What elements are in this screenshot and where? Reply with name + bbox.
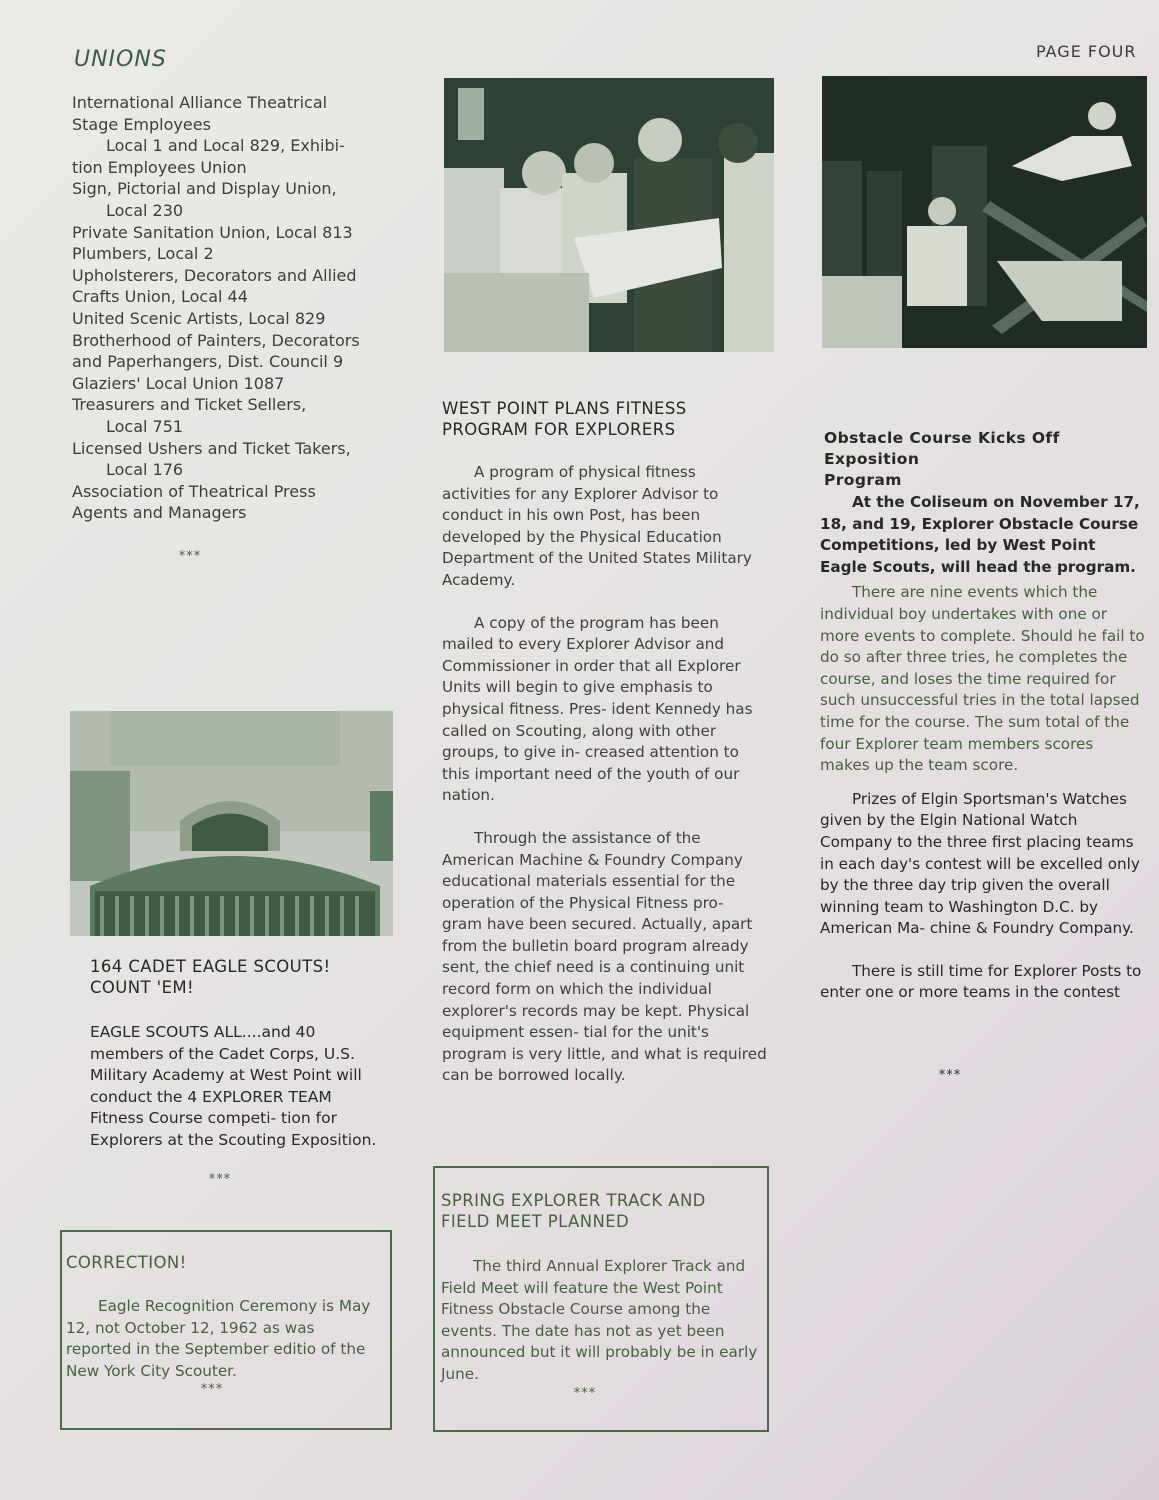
unions-section-title: UNIONS xyxy=(74,47,167,72)
union-item: and Paperhangers, Dist. Council 9 xyxy=(72,351,412,373)
union-item: Agents and Managers xyxy=(72,502,412,524)
union-item: Licensed Ushers and Ticket Takers, xyxy=(72,438,412,460)
obstacle-course-photo xyxy=(822,76,1147,348)
obstacle-vault-illustration xyxy=(822,76,1147,348)
west-point-headline-line2: PROGRAM FOR EXPLORERS xyxy=(442,419,772,440)
obstacle-headline-line1: Obstacle Course Kicks Off Exposition xyxy=(824,428,1154,470)
union-item: United Scenic Artists, Local 829 xyxy=(72,308,412,330)
correction-title: CORRECTION! xyxy=(66,1252,187,1273)
obstacle-paragraph: At the Coliseum on November 17, 18, and … xyxy=(820,492,1145,578)
separator-stars: *** xyxy=(545,1386,625,1401)
cadets-body: EAGLE SCOUTS ALL....and 40 members of th… xyxy=(90,1022,390,1152)
correction-box: CORRECTION! Eagle Recognition Ceremony i… xyxy=(60,1230,392,1430)
obstacle-paragraph: There is still time for Explorer Posts t… xyxy=(820,961,1145,1004)
west-point-headline: WEST POINT PLANS FITNESS PROGRAM FOR EXP… xyxy=(442,398,772,440)
west-point-group-illustration xyxy=(444,78,774,352)
track-meet-box: SPRING EXPLORER TRACK AND FIELD MEET PLA… xyxy=(433,1166,769,1432)
west-point-paragraph: A copy of the program has been mailed to… xyxy=(442,613,767,807)
union-item: Local 176 xyxy=(72,459,412,481)
obstacle-body: At the Coliseum on November 17, 18, and … xyxy=(820,492,1145,1004)
west-point-paragraph: Through the assistance of the American M… xyxy=(442,828,767,1087)
cadets-headline-line2: COUNT 'EM! xyxy=(90,977,390,998)
west-point-headline-line1: WEST POINT PLANS FITNESS xyxy=(442,398,772,419)
union-item: Stage Employees xyxy=(72,114,412,136)
track-meet-body: The third Annual Explorer Track and Fiel… xyxy=(441,1256,761,1386)
track-meet-title: SPRING EXPLORER TRACK AND FIELD MEET PLA… xyxy=(441,1190,761,1232)
union-item: Local 751 xyxy=(72,416,412,438)
track-meet-title-line1: SPRING EXPLORER TRACK AND xyxy=(441,1190,761,1211)
union-item: Crafts Union, Local 44 xyxy=(72,286,412,308)
union-item: Private Sanitation Union, Local 813 xyxy=(72,222,412,244)
obstacle-headline: Obstacle Course Kicks Off Exposition Pro… xyxy=(824,428,1154,491)
union-item: Local 1 and Local 829, Exhibi- xyxy=(72,135,412,157)
cadets-building-illustration xyxy=(70,711,393,936)
separator-stars: *** xyxy=(172,1382,252,1397)
obstacle-headline-line2: Program xyxy=(824,470,1154,491)
obstacle-paragraph: Prizes of Elgin Sportsman's Watches give… xyxy=(820,789,1145,940)
union-item: tion Employees Union xyxy=(72,157,412,179)
obstacle-paragraph: There are nine events which the individu… xyxy=(820,582,1145,776)
track-meet-title-line2: FIELD MEET PLANNED xyxy=(441,1211,761,1232)
west-point-photo xyxy=(444,78,774,352)
union-item: International Alliance Theatrical xyxy=(72,92,412,114)
union-item: Association of Theatrical Press xyxy=(72,481,412,503)
union-item: Treasurers and Ticket Sellers, xyxy=(72,394,412,416)
separator-stars: *** xyxy=(140,549,240,564)
union-item: Upholsterers, Decorators and Allied xyxy=(72,265,412,287)
page-number: PAGE FOUR xyxy=(1036,42,1137,61)
west-point-paragraph: A program of physical fitness activities… xyxy=(442,462,767,592)
unions-list: International Alliance Theatrical Stage … xyxy=(72,92,412,524)
union-item: Plumbers, Local 2 xyxy=(72,243,412,265)
correction-body: Eagle Recognition Ceremony is May 12, no… xyxy=(66,1296,384,1382)
union-item: Local 230 xyxy=(72,200,412,222)
union-item: Glaziers' Local Union 1087 xyxy=(72,373,412,395)
cadets-headline-line1: 164 CADET EAGLE SCOUTS! xyxy=(90,956,390,977)
union-item: Sign, Pictorial and Display Union, xyxy=(72,178,412,200)
separator-stars: *** xyxy=(170,1172,270,1187)
west-point-body: A program of physical fitness activities… xyxy=(442,462,767,1091)
cadets-photo xyxy=(70,711,393,936)
cadets-headline: 164 CADET EAGLE SCOUTS! COUNT 'EM! xyxy=(90,956,390,998)
separator-stars: *** xyxy=(905,1068,995,1083)
union-item: Brotherhood of Painters, Decorators xyxy=(72,330,412,352)
